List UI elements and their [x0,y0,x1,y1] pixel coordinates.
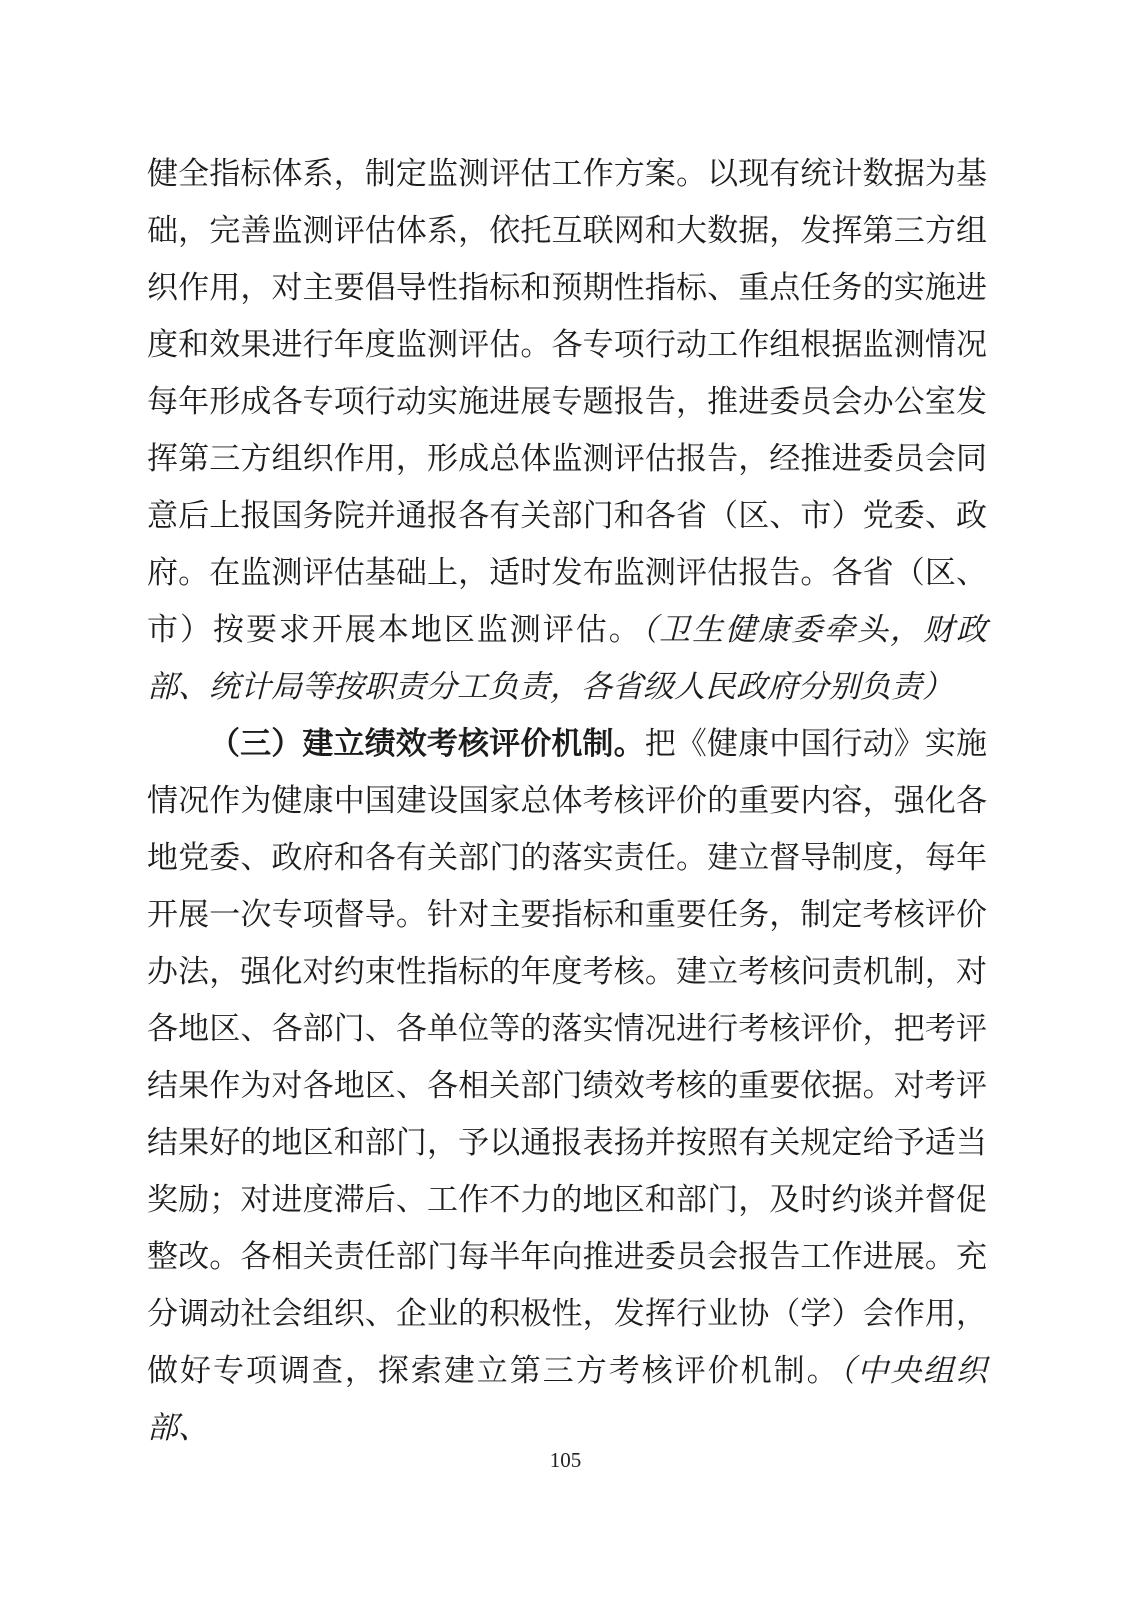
text-segment-bold: （三）建立绩效考核评价机制。 [209,726,645,761]
text-segment-normal: 把《健康中国行动》实施情况作为健康中国建设国家总体考核评价的重要内容，强化各地党… [147,726,987,1388]
text-segment-normal: 健全指标体系，制定监测评估工作方案。以现有统计数据为基础，完善监测评估体系，依托… [147,156,987,647]
page-number: 105 [0,1448,1131,1473]
paragraph: 健全指标体系，制定监测评估工作方案。以现有统计数据为基础，完善监测评估体系，依托… [147,145,987,715]
document-body: 健全指标体系，制定监测评估工作方案。以现有统计数据为基础，完善监测评估体系，依托… [147,145,987,1456]
document-page: 健全指标体系，制定监测评估工作方案。以现有统计数据为基础，完善监测评估体系，依托… [0,0,1131,1600]
paragraph: （三）建立绩效考核评价机制。把《健康中国行动》实施情况作为健康中国建设国家总体考… [147,715,987,1456]
